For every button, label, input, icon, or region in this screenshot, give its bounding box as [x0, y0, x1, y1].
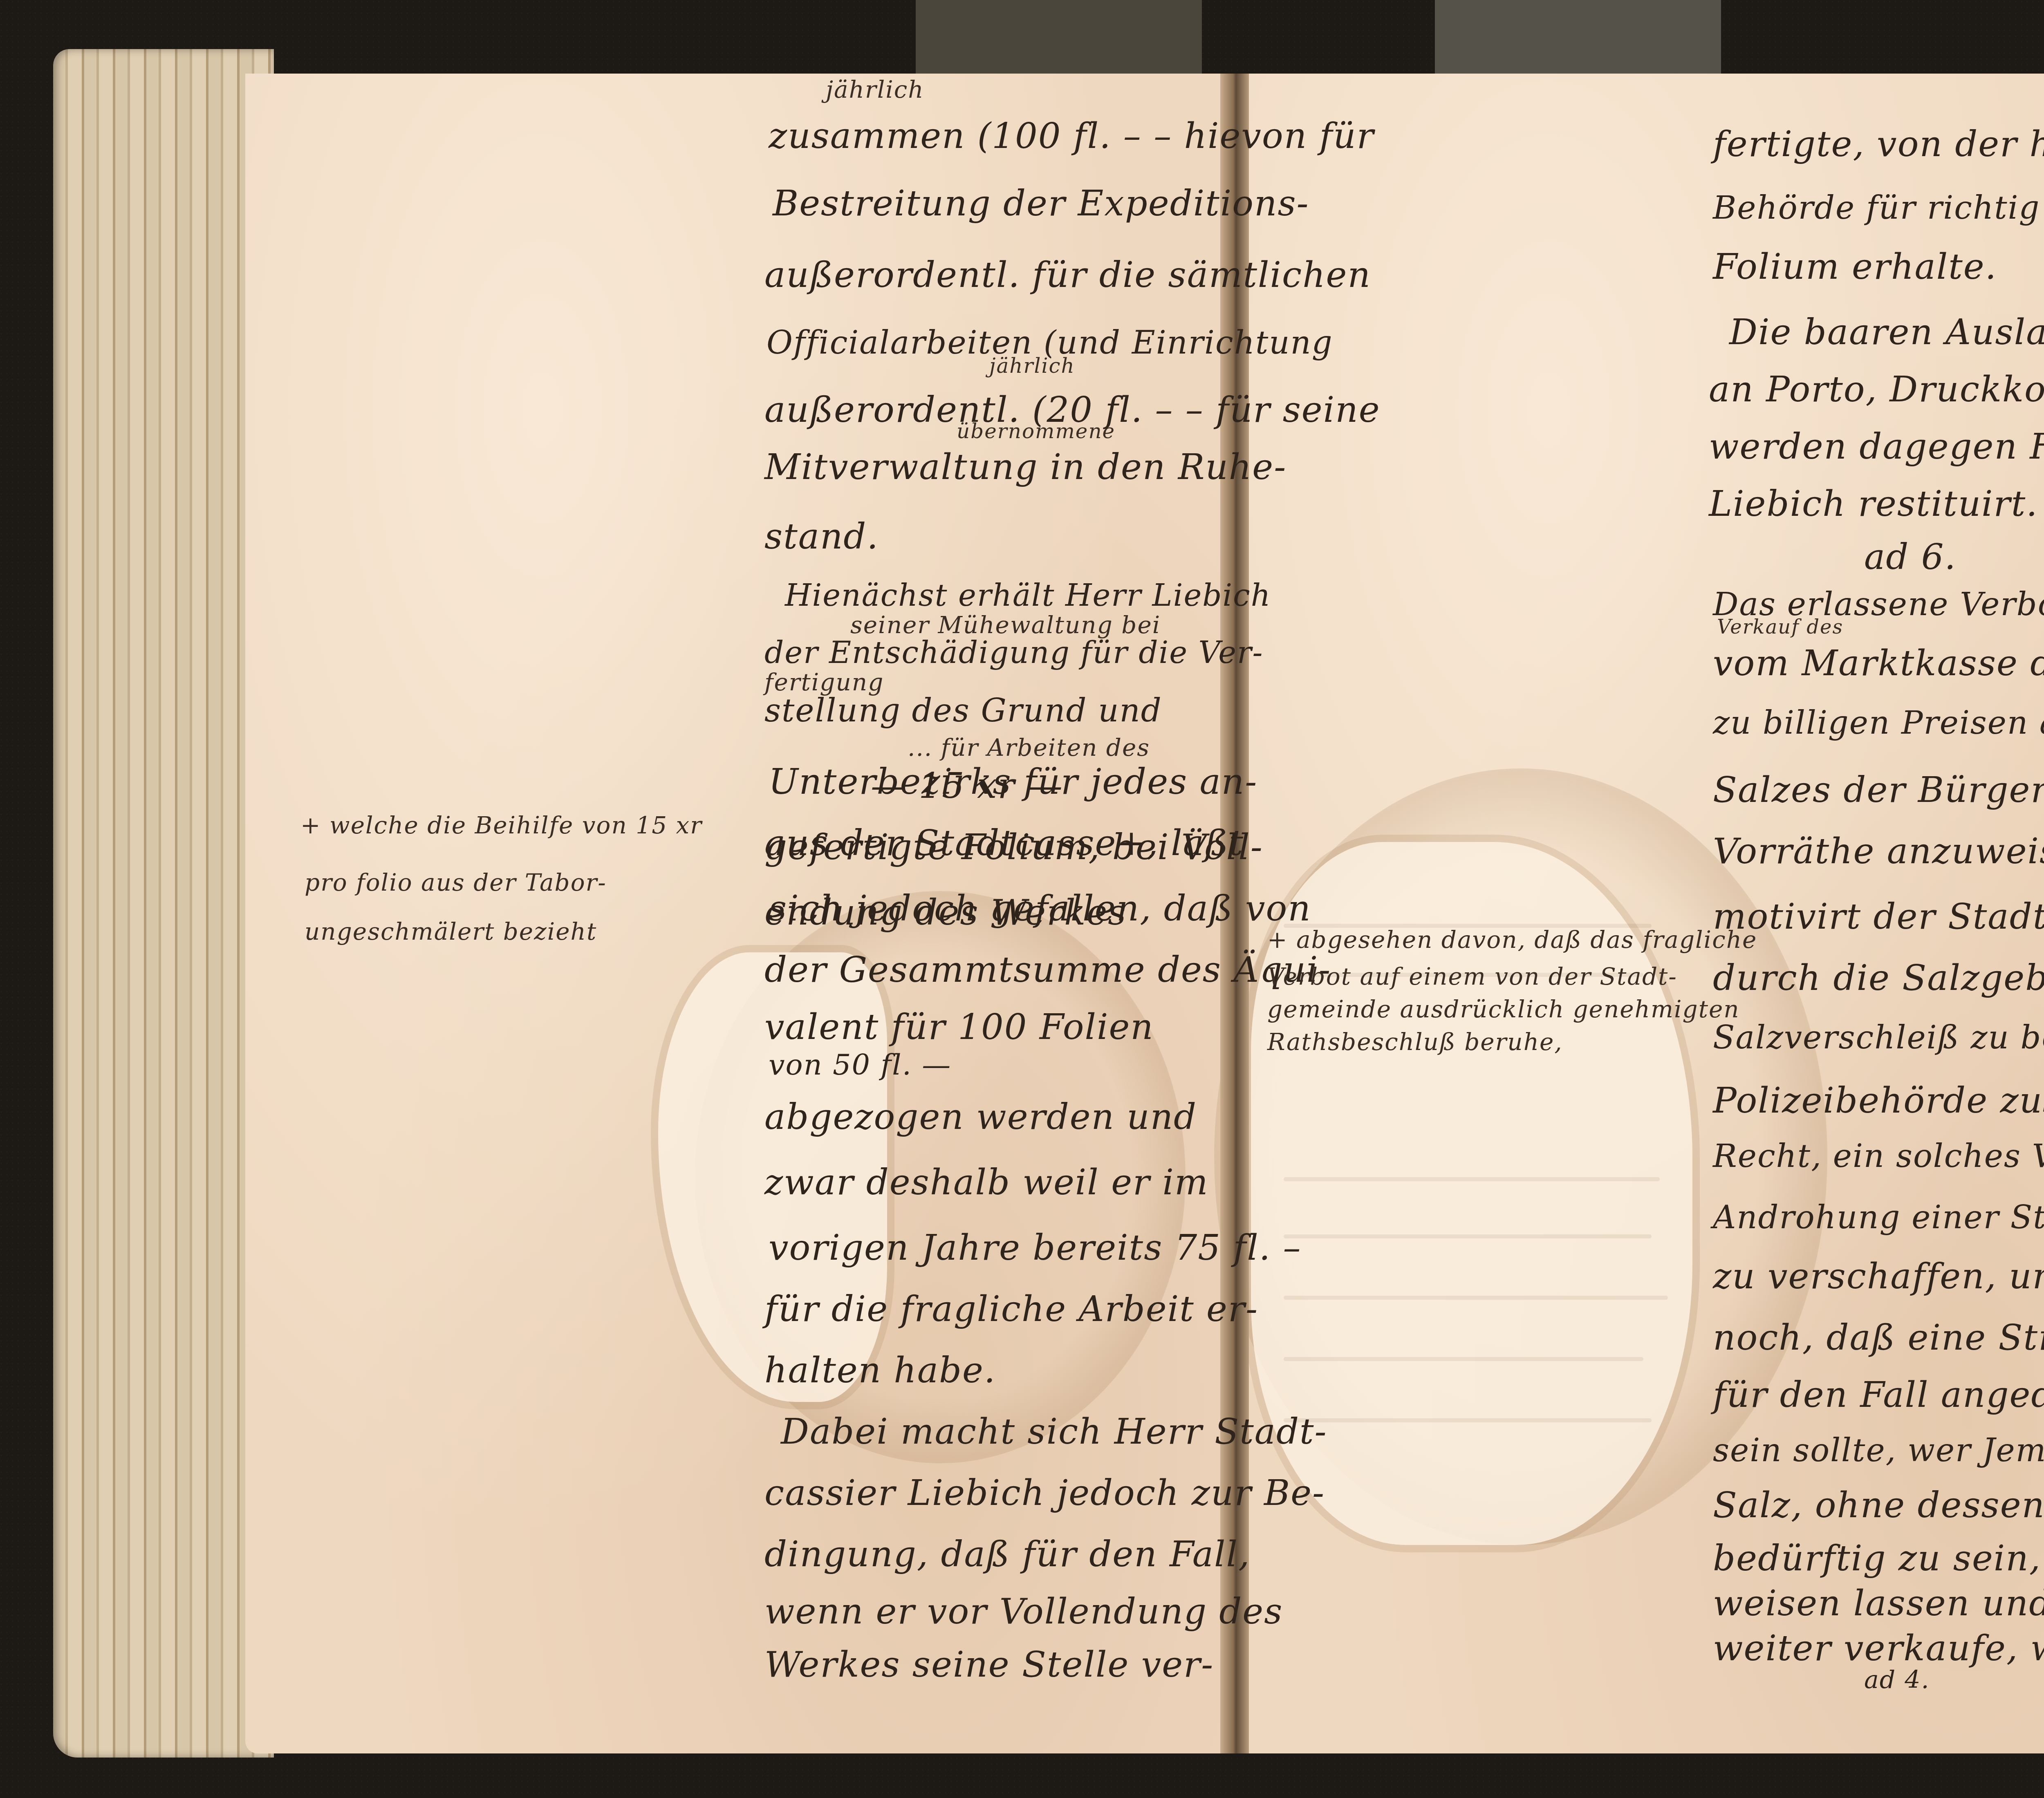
text-line: halten habe. [764, 1353, 996, 1388]
text-line: sein sollte, wer Jemand solches [1713, 1435, 2044, 1467]
text-line: Behörde für richtig anerkannte [1713, 192, 2044, 224]
interlinear-insert: ... für Arbeiten des [908, 736, 1150, 759]
bleed-through-line [1284, 1418, 1652, 1422]
text-line: für die fragliche Arbeit er- [764, 1292, 1258, 1327]
text-line: zu billigen Preisen abgelassen, [1713, 707, 2044, 739]
section-heading-ad-4: ad 4. [1864, 1668, 1930, 1692]
text-line: durch die Salzgebühr, den [1713, 961, 2044, 996]
text-line: Folium erhalte. [1713, 249, 1997, 284]
text-line: wenn er vor Vollendung des [764, 1594, 1283, 1629]
text-line: Liebich restituirt. [1709, 486, 2038, 522]
note-line: ungeschmälert bezieht [305, 920, 597, 943]
note-line: Rathsbeschluß beruhe, [1267, 1030, 1563, 1054]
text-line: bedürftig zu sein, sich an- [1713, 1541, 2044, 1576]
text-line: weiter verkaufe, wobei [1713, 1631, 2044, 1666]
left-page-stack-edges [53, 49, 274, 1758]
section-heading-ad-6: ad 6. [1864, 540, 1957, 575]
bleed-through-line [1284, 1296, 1668, 1300]
text-line: Androhung einer Strafe Geltung [1713, 1202, 2044, 1234]
book-cover-top-left [916, 0, 1202, 82]
text-line: zwar deshalb weil er im [764, 1165, 1209, 1200]
text-line: außerordentl. für die sämtlichen [764, 257, 1371, 293]
text-line: an Porto, Druckkosten etc [1709, 372, 2044, 407]
text-line: werden dagegen Herrn [1709, 429, 2044, 464]
text-line: von 50 fl. — [769, 1050, 951, 1079]
note-line: Verbot auf einem von der Stadt- [1267, 965, 1677, 988]
interlinear-insert: jährlich [826, 78, 924, 101]
text-line: weisen lassen und dann [1713, 1586, 2044, 1621]
text-line: Die baaren Auslagen werden [1729, 315, 2044, 350]
text-line: aus der Stadtcasse+, läßt [764, 826, 1244, 861]
book-cover-top-right [1435, 0, 1721, 82]
text-line: Salzes der Bürgerschaft von [1713, 772, 2044, 808]
text-line: Werkes seine Stelle ver- [764, 1647, 1214, 1682]
text-line: Bestreitung der Expeditions- [773, 186, 1309, 221]
text-line: der Entschädigung für die Ver- [764, 638, 1263, 668]
text-line: zu verschaffen, und erklärt [1713, 1259, 2044, 1294]
bleed-through-line [1284, 1177, 1660, 1181]
text-line: sich jedoch gefallen, daß von [769, 891, 1311, 926]
text-line: Dabei macht sich Herr Stadt- [781, 1414, 1327, 1449]
text-line: fertigte, von der hohen [1713, 127, 2044, 162]
note-line: + abgesehen davon, daß das fragliche [1267, 928, 1757, 952]
text-line: für den Fall angedroht [1713, 1377, 2044, 1413]
text-line: noch, daß eine Strafe nur [1713, 1320, 2044, 1355]
interlinear-insert: Verkauf des [1717, 617, 1843, 637]
text-line: stellung des Grund und [764, 695, 1162, 727]
text-line: abgezogen werden und [764, 1099, 1197, 1135]
interlinear-insert: seiner Mühewaltung bei [850, 613, 1161, 637]
text-line: zusammen (100 fl. – – hievon für [769, 119, 1374, 154]
text-line: Salz, ohne dessen eigens [1713, 1488, 2044, 1523]
text-line: cassier Liebich jedoch zur Be- [764, 1476, 1325, 1511]
text-line: Recht, ein solches Verbot durch [1713, 1140, 2044, 1172]
text-line: dingung, daß für den Fall, [764, 1537, 1250, 1572]
interlinear-insert: übernommene [957, 421, 1115, 441]
interlinear-insert: jährlich [989, 356, 1075, 376]
text-line: vom Marktkasse der Stadt [1713, 646, 2044, 681]
text-line: vorigen Jahre bereits 75 fl. – [769, 1230, 1301, 1265]
note-line: gemeinde ausdrücklich genehmigten [1267, 997, 1740, 1021]
text-line: Hienächst erhält Herr Liebich [785, 580, 1271, 611]
text-line: valent für 100 Folien [764, 1010, 1154, 1045]
note-line: + welche die Beihilfe von 15 xr [300, 813, 702, 837]
text-line: Polizeibehörde zustehende [1713, 1083, 2044, 1118]
bleed-through-line [1284, 1357, 1643, 1361]
text-line: der Gesammtsumme des Äqui- [764, 952, 1331, 987]
interlinear-insert: fertigung [764, 670, 884, 694]
text-line: Mitverwaltung in den Ruhe- [764, 450, 1286, 485]
text-line: motivirt der Stadtrath [1713, 899, 2044, 934]
text-line: Vorräthe anzuweisen, Salz- [1713, 834, 2044, 869]
bleed-through-line [1284, 1234, 1652, 1238]
note-line: pro folio aus der Tabor- [305, 871, 607, 894]
text-line: stand. [764, 519, 879, 554]
amount-heading: — 15 xr — [871, 768, 1063, 804]
text-line: Salzverschleiß zu begünstigen, [1713, 1022, 2044, 1054]
